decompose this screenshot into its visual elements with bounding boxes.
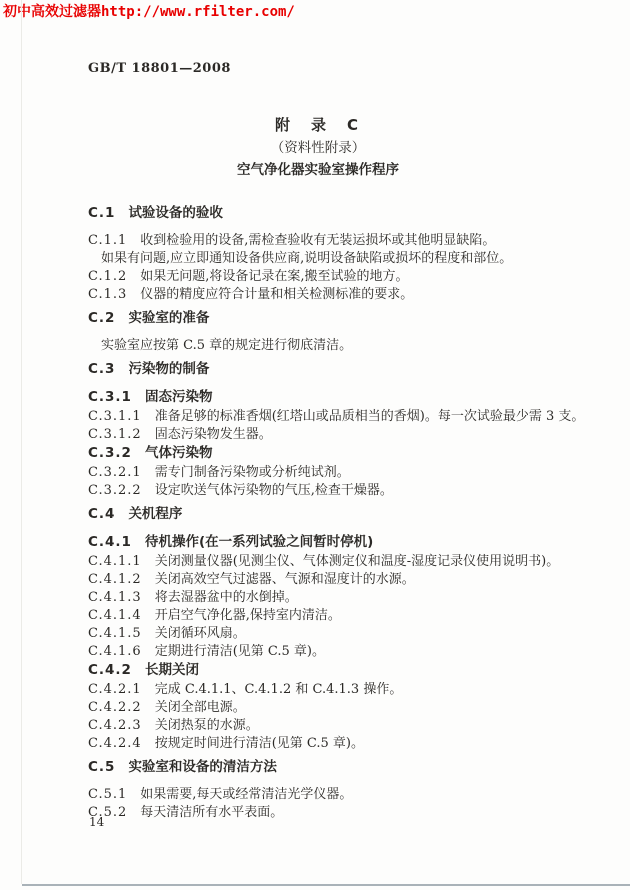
clause-number: C.4.2.3 [88,717,142,735]
clause-C.4.1.3: C.4.1.3将去湿器盆中的水倒掉。 [88,589,598,607]
clause-C.4.1.2: C.4.1.2关闭高效空气过滤器、气源和湿度计的水源。 [88,571,598,589]
clause-number: C.4.1.5 [88,625,142,643]
clause-number: C.5.1 [88,786,127,804]
appendix-name: 空气净化器实验室操作程序 [88,161,548,179]
clause-C.4.1.5: C.4.1.5关闭循环风扇。 [88,625,598,643]
clause-number: C.1 [88,204,115,222]
clause-number: C.1.2 [88,268,127,286]
clause-C.2: C.2实验室的准备 [88,309,598,327]
clause-text: 长期关闭 [145,661,199,679]
clause-text: 关机程序 [128,505,182,523]
clause-C.1: C.1试验设备的验收 [88,204,598,222]
clause-C.5.2: C.5.2每天清洁所有水平表面。 [88,804,598,822]
clause-text: 关闭测量仪器(见测尘仪、气体测定仪和温度-湿度记录仪使用说明书)。 [155,553,560,571]
clause-C.3.1: C.3.1固态污染物 [88,388,598,406]
clause-text: 关闭高效空气过滤器、气源和湿度计的水源。 [155,571,415,589]
clause-text: 如果有问题,应立即通知设备供应商,说明设备缺陷或损坏的程度和部位。 [101,250,512,268]
clause-C.4: C.4关机程序 [88,505,598,523]
clause-text: 按规定时间进行清洁(见第 C.5 章)。 [155,735,364,753]
clause-text: 需专门制备污染物或分析纯试剂。 [155,464,350,482]
clause-C.3.2: C.3.2气体污染物 [88,444,598,462]
clause-C.1.2: C.1.2如果无问题,将设备记录在案,搬至试验的地方。 [88,268,598,286]
clause-text: 设定吹送气体污染物的气压,检查干燥器。 [155,482,393,500]
watermark-url: 初中高效过滤器http://www.rfilter.com/ [3,1,295,21]
clause-number: C.3.1 [88,388,132,406]
clause-text: 每天清洁所有水平表面。 [140,804,283,822]
clause-text: 准备足够的标准香烟(红塔山或品质相当的香烟)。每一次试验最少需 3 支。 [155,408,585,426]
clause-number: C.1.3 [88,286,127,304]
document-page: 初中高效过滤器http://www.rfilter.com/ GB/T 1880… [0,0,630,890]
clause-C.5.1: C.5.1如果需要,每天或经常清洁光学仪器。 [88,786,598,804]
clause-C.3.1.1: C.3.1.1准备足够的标准香烟(红塔山或品质相当的香烟)。每一次试验最少需 3… [88,408,598,426]
continuation-line: 实验室应按第 C.5 章的规定进行彻底清洁。 [88,337,598,355]
clause-text: 关闭循环风扇。 [155,625,246,643]
clause-number: C.4.2 [88,661,132,679]
clause-text: 固态污染物 [145,388,213,406]
clause-C.4.2.4: C.4.2.4按规定时间进行清洁(见第 C.5 章)。 [88,735,598,753]
clause-C.4.1.1: C.4.1.1关闭测量仪器(见测尘仪、气体测定仪和温度-湿度记录仪使用说明书)。 [88,553,598,571]
clause-C.4.2: C.4.2长期关闭 [88,661,598,679]
clause-number: C.2 [88,309,115,327]
clause-number: C.4.2.4 [88,735,142,753]
clause-text: 开启空气净化器,保持室内清洁。 [155,607,341,625]
appendix-subtitle: （资料性附录） [88,139,548,157]
clause-text: 待机操作(在一系列试验之间暂时停机) [145,533,373,551]
doc-number: GB/T 18801—2008 [88,61,231,76]
clause-text: 完成 C.4.1.1、C.4.1.2 和 C.4.1.3 操作。 [155,681,403,699]
clause-C.3.1.2: C.3.1.2固态污染物发生器。 [88,426,598,444]
clause-number: C.3.1.1 [88,408,142,426]
clause-number: C.3 [88,360,115,378]
clause-C.4.2.3: C.4.2.3关闭热泵的水源。 [88,717,598,735]
page-edge-line [21,0,22,884]
clause-number: C.3.2 [88,444,132,462]
clause-text: 试验设备的验收 [128,204,223,222]
clause-number: C.4.1 [88,533,132,551]
clause-number: C.1.1 [88,232,127,250]
clause-number: C.5 [88,758,115,776]
clause-text: 实验室应按第 C.5 章的规定进行彻底清洁。 [101,337,352,355]
clause-text: 固态污染物发生器。 [155,426,272,444]
clause-text: 实验室和设备的清洁方法 [128,758,277,776]
page-number: 14 [89,815,104,829]
clause-text: 污染物的制备 [128,360,209,378]
clause-C.4.1.6: C.4.1.6定期进行清洁(见第 C.5 章)。 [88,643,598,661]
clause-text: 如果需要,每天或经常清洁光学仪器。 [140,786,352,804]
clause-number: C.3.2.2 [88,482,142,500]
body-text: C.1试验设备的验收C.1.1收到检验用的设备,需检查验收有无装运损坏或其他明显… [88,199,598,822]
clause-text: 将去湿器盆中的水倒掉。 [155,589,298,607]
clause-text: 如果无问题,将设备记录在案,搬至试验的地方。 [140,268,408,286]
clause-number: C.4.1.1 [88,553,142,571]
clause-text: 仪器的精度应符合计量和相关检测标准的要求。 [140,286,413,304]
appendix-title: 附 录 C [88,115,548,135]
clause-C.4.2.1: C.4.2.1完成 C.4.1.1、C.4.1.2 和 C.4.1.3 操作。 [88,681,598,699]
clause-number: C.4.2.1 [88,681,142,699]
clause-C.3.2.1: C.3.2.1需专门制备污染物或分析纯试剂。 [88,464,598,482]
clause-number: C.3.2.1 [88,464,142,482]
page-bottom-rule [22,884,630,886]
clause-text: 收到检验用的设备,需检查验收有无装运损坏或其他明显缺陷。 [140,232,495,250]
clause-C.4.1: C.4.1待机操作(在一系列试验之间暂时停机) [88,533,598,551]
clause-number: C.4.1.2 [88,571,142,589]
clause-number: C.4.1.6 [88,643,142,661]
clause-number: C.3.1.2 [88,426,142,444]
clause-number: C.4.1.3 [88,589,142,607]
clause-C.1.1: C.1.1收到检验用的设备,需检查验收有无装运损坏或其他明显缺陷。 [88,232,598,250]
clause-text: 定期进行清洁(见第 C.5 章)。 [155,643,325,661]
title-block: 附 录 C （资料性附录） 空气净化器实验室操作程序 [88,115,548,179]
clause-C.1.3: C.1.3仪器的精度应符合计量和相关检测标准的要求。 [88,286,598,304]
clause-C.5: C.5实验室和设备的清洁方法 [88,758,598,776]
clause-text: 实验室的准备 [128,309,209,327]
clause-text: 关闭热泵的水源。 [155,717,259,735]
clause-number: C.4 [88,505,115,523]
clause-C.4.1.4: C.4.1.4开启空气净化器,保持室内清洁。 [88,607,598,625]
clause-C.3: C.3污染物的制备 [88,360,598,378]
clause-text: 气体污染物 [145,444,213,462]
clause-C.3.2.2: C.3.2.2设定吹送气体污染物的气压,检查干燥器。 [88,482,598,500]
clause-C.4.2.2: C.4.2.2关闭全部电源。 [88,699,598,717]
clause-text: 关闭全部电源。 [155,699,246,717]
clause-number: C.4.2.2 [88,699,142,717]
continuation-line: 如果有问题,应立即通知设备供应商,说明设备缺陷或损坏的程度和部位。 [88,250,598,268]
clause-number: C.4.1.4 [88,607,142,625]
